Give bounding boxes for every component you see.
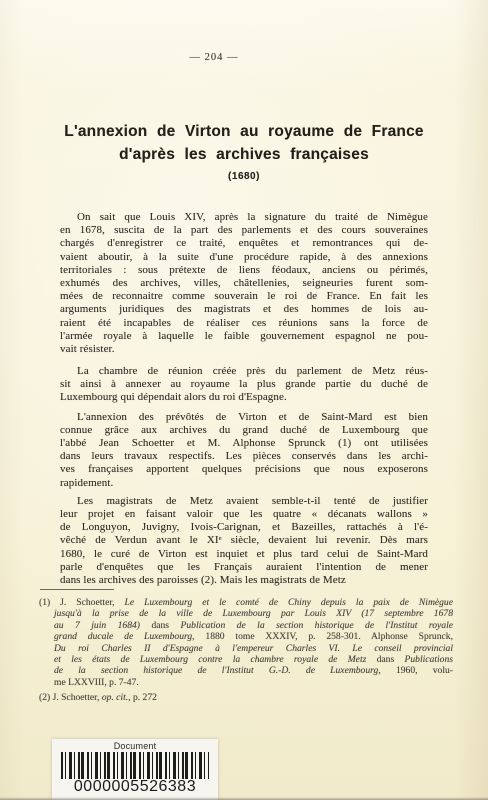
barcode-bars-icon (61, 752, 209, 779)
scanned-document-page: — 204 — L'annexion de Virton au royaume … (0, 0, 488, 800)
text-line: On sait que Louis XIV, après la signatur… (60, 211, 428, 224)
text-line: de la section historique de l'Institut G… (39, 665, 453, 676)
text-line: au 7 juin 1684) dans Publication de la s… (39, 620, 453, 631)
italic-text-segment: et les états de Luxembourg contre la cha… (54, 654, 366, 665)
text-segment: arguments juridiques des magistrats et d… (60, 303, 428, 315)
text-segment: 1680, le curé de Virton est inquiet et p… (60, 548, 428, 560)
text-segment: me LXXVIII, p. 7-47. (54, 677, 139, 688)
text-line: exhumés des archives, villes, châtelleni… (60, 277, 428, 290)
text-segment: dans (140, 620, 180, 631)
text-line: l'armée royale à laquelle le faible gouv… (60, 330, 428, 343)
text-line: vêché de Verdun avant le XIᵉ siècle, dev… (60, 534, 428, 547)
text-line: grand ducale de Luxembourg, 1880 tome XX… (39, 631, 453, 642)
text-line: me LXXVIII, p. 7-47. (39, 677, 453, 688)
title-year: (1680) (28, 171, 460, 182)
page-number: — 204 — (0, 52, 428, 63)
footnote-separator-rule (40, 589, 114, 590)
text-segment: parle d'enquêtes que les Français auraie… (60, 561, 428, 573)
text-line: 1680, le curé de Virton est inquiet et p… (60, 548, 428, 561)
italic-text-segment: Le Luxembourg et le comté de Chiny depui… (125, 597, 453, 608)
text-line: Du roi Charles II d'Espagne à l'empereur… (39, 643, 453, 654)
text-segment: l'abbé Jean Schoetter et M. Alphonse Spr… (60, 437, 428, 449)
title-line-2: d'après les archives françaises (28, 144, 460, 167)
text-line: raient été incapables de réaliser ces ré… (60, 317, 428, 330)
footnotes: (1) J. Schoetter, Le Luxembourg et le co… (39, 597, 453, 704)
text-line: parle d'enquêtes que les Français auraie… (60, 561, 428, 574)
text-segment: , 1960, volu- (378, 665, 453, 676)
text-segment: , 1880 tome XXXIV, p. 258-301. Alphonse … (192, 631, 453, 642)
text-segment: L'annexion des prévôtés de Virton et de … (77, 411, 428, 423)
text-segment: (1) J. Schoetter, (39, 597, 125, 608)
paragraph-4: Les magistrats de Metz avaient semble-t-… (60, 495, 428, 587)
text-line: rapidement. (60, 477, 428, 490)
text-segment: vait résister. (60, 343, 115, 355)
paragraph-3: L'annexion des prévôtés de Virton et de … (60, 411, 428, 490)
text-line: territoriales : sous prétexte de liens f… (60, 264, 428, 277)
text-line: vait résister. (60, 343, 428, 356)
barcode-sticker: Document 0000005526383 (52, 739, 218, 800)
text-line: leur projet en faisant valoir que les qu… (60, 508, 428, 521)
text-segment: mées de reconnaitre comme souverain le r… (60, 290, 428, 302)
text-line: Les magistrats de Metz avaient semble-t-… (60, 495, 428, 508)
italic-text-segment: de la section historique de l'Institut G… (54, 665, 378, 676)
text-segment: chargés d'enregistrer ce traité, enquête… (60, 237, 428, 249)
text-segment: dans (366, 654, 404, 665)
text-line: vaient aboutir, à la suite d'une procédu… (60, 251, 428, 264)
text-segment: l'armée royale à laquelle le faible gouv… (60, 330, 428, 342)
text-line: en 1678, suscita de la part des parlemen… (60, 224, 428, 237)
text-line: de Longuyon, Juvigny, Ivois-Carignan, et… (60, 521, 428, 534)
italic-text-segment: jusqu'à la prise de la ville de Luxembou… (54, 608, 453, 619)
text-segment: (2) J. Schoetter, (39, 692, 102, 703)
barcode-number: 0000005526383 (52, 779, 218, 795)
text-segment: On sait que Louis XIV, après la signatur… (77, 211, 428, 223)
text-line: mées de reconnaitre comme souverain le r… (60, 290, 428, 303)
paragraph-1: On sait que Louis XIV, après la signatur… (60, 211, 428, 356)
text-segment: Les magistrats de Metz avaient semble-t-… (77, 495, 428, 507)
text-segment: vaient aboutir, à la suite d'une procédu… (60, 251, 428, 263)
text-segment: vêché de Verdun avant le XIᵉ siècle, dev… (60, 534, 428, 546)
barcode-label: Document (52, 741, 218, 751)
text-line: arguments juridiques des magistrats et d… (60, 303, 428, 316)
text-line: Luxembourg qui dépendait alors du roi d'… (60, 391, 428, 404)
italic-text-segment: op. cit. (102, 692, 128, 703)
text-line: jusqu'à la prise de la ville de Luxembou… (39, 608, 453, 619)
text-segment: de Longuyon, Juvigny, Ivois-Carignan, et… (60, 521, 428, 533)
text-line: chargés d'enregistrer ce traité, enquête… (60, 237, 428, 250)
article-title: L'annexion de Virton au royaume de Franc… (28, 121, 460, 182)
text-segment: exhumés des archives, villes, châtelleni… (60, 277, 428, 289)
text-segment: La chambre de réunion créée près du parl… (77, 365, 428, 377)
footnote-1: (1) J. Schoetter, Le Luxembourg et le co… (39, 597, 453, 688)
text-line: ves françaises apportent quelques précis… (60, 463, 428, 476)
text-line: (2) J. Schoetter, op. cit., p. 272 (39, 692, 453, 703)
italic-text-segment: Publications (404, 654, 453, 665)
body-text: On sait que Louis XIV, après la signatur… (60, 211, 428, 587)
text-segment: en 1678, suscita de la part des parlemen… (60, 224, 428, 236)
italic-text-segment: Du roi Charles II d'Espagne à l'empereur… (54, 643, 453, 654)
text-segment: rapidement. (60, 477, 113, 489)
text-line: dans leurs travaux respectifs. Les pièce… (60, 450, 428, 463)
footnote-2: (2) J. Schoetter, op. cit., p. 272 (39, 692, 453, 703)
text-segment: raient été incapables de réaliser ces ré… (60, 317, 428, 329)
text-segment: dans les archives des paroisses (2). Mai… (60, 574, 346, 586)
text-line: (1) J. Schoetter, Le Luxembourg et le co… (39, 597, 453, 608)
text-line: La chambre de réunion créée près du parl… (60, 365, 428, 378)
text-line: dans les archives des paroisses (2). Mai… (60, 574, 428, 587)
text-line: connue grâce aux archives du grand duché… (60, 424, 428, 437)
text-line: sit ainsi à annexer au royaume la plus g… (60, 378, 428, 391)
text-segment: Luxembourg qui dépendait alors du roi d'… (60, 391, 287, 403)
text-segment: dans leurs travaux respectifs. Les pièce… (60, 450, 428, 462)
text-segment: leur projet en faisant valoir que les qu… (60, 508, 428, 520)
text-line: l'abbé Jean Schoetter et M. Alphonse Spr… (60, 437, 428, 450)
text-segment: ves françaises apportent quelques précis… (60, 463, 428, 475)
italic-text-segment: au 7 juin 1684) (54, 620, 140, 631)
text-line: et les états de Luxembourg contre la cha… (39, 654, 453, 665)
text-segment: connue grâce aux archives du grand duché… (60, 424, 428, 436)
title-line-1: L'annexion de Virton au royaume de Franc… (28, 121, 460, 144)
paragraph-2: La chambre de réunion créée près du parl… (60, 365, 428, 405)
text-line: L'annexion des prévôtés de Virton et de … (60, 411, 428, 424)
text-segment: territoriales : sous prétexte de liens f… (60, 264, 428, 276)
text-segment: sit ainsi à annexer au royaume la plus g… (60, 378, 428, 390)
text-segment: , p. 272 (128, 692, 157, 703)
italic-text-segment: Publication de la section historique de … (180, 620, 453, 631)
italic-text-segment: grand ducale de Luxembourg (54, 631, 192, 642)
